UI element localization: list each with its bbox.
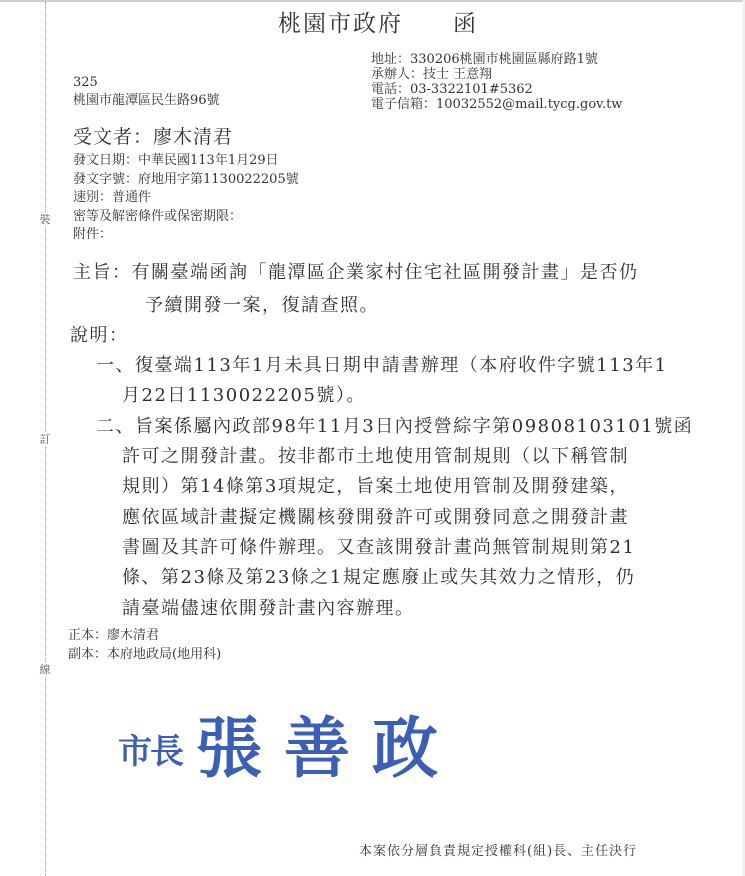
binding-mark-zhuang: 裝 [36, 213, 54, 227]
explanation-line: 請臺端儘速依開發計畫內容辦理。 [122, 594, 415, 620]
phone: 電話：03-3322101#5362 [371, 82, 622, 97]
copy-recipient: 副本：本府地政局(地用科) [68, 645, 221, 664]
document-title: 桃園市政府 函 [278, 5, 478, 38]
distribution-block: 正本：廖木清君 副本：本府地政局(地用科) [68, 626, 221, 664]
sender-address: 地址：330206桃園市桃園區縣府路1號 [371, 52, 622, 67]
delegation-note: 本案依分層負責規定授權科(組)長、主任決行 [359, 840, 637, 859]
email: 電子信箱：10032552@mail.tycg.gov.tw [371, 97, 622, 112]
confidentiality: 密等及解密條件或保密期限： [73, 208, 299, 227]
sender-contact-block: 地址：330206桃園市桃園區縣府路1號 承辦人：技士 王意翔 電話：03-33… [371, 52, 622, 112]
recipient-address-block: 325 桃園市龍潭區民生路96號 [73, 74, 220, 110]
signature-name: 張善政 [196, 709, 460, 787]
attachments: 附件： [73, 226, 299, 245]
handler: 承辦人：技士 王意翔 [371, 67, 622, 82]
delivery-speed: 速別：普通件 [73, 189, 299, 208]
signature-stamp: 市長張善政 [118, 695, 460, 790]
letter-page: 裝 訂 線 桃園市政府 函 地址：330206桃園市桃園區縣府路1號 承辦人：技… [0, 0, 745, 876]
explanation-line: 二、旨案係屬內政部98年11月3日內授營綜字第09808103101號函 [96, 412, 693, 438]
explanation-line: 月22日1130022205號）。 [122, 381, 366, 407]
binding-mark-xian: 線 [36, 663, 54, 677]
explanation-line: 條、第23條及第23條之1規定應廢止或失其效力之情形，仍 [122, 563, 635, 589]
signature-title: 市長 [118, 732, 182, 772]
top-border [0, 0, 745, 2]
explanation-label: 說明： [70, 321, 129, 347]
explanation-line: 書圖及其許可條件辦理。又查該開發計畫尚無管制規則第21 [122, 533, 635, 559]
recipient-street: 桃園市龍潭區民生路96號 [73, 92, 220, 110]
original-recipient: 正本：廖木清君 [68, 626, 221, 645]
subject-line-1: 主旨：有關臺端函詢「龍潭區企業家村住宅社區開發計畫」是否仍 [73, 258, 639, 284]
document-number: 發文字號：府地用字第1130022205號 [73, 171, 299, 190]
explanation-line: 許可之開發計畫。按非都市土地使用管制規則（以下稱管制 [122, 442, 629, 468]
binding-mark-ding: 訂 [36, 433, 54, 447]
explanation-line: 應依區域計畫擬定機關核發開發許可或開發同意之開發計畫 [122, 503, 629, 529]
explanation-line: 一、復臺端113年1月未具日期申請書辦理（本府收件字號113年1 [96, 351, 668, 377]
issue-date: 發文日期：中華民國113年1月29日 [73, 152, 299, 171]
explanation-line: 規則）第14條第3項規定，旨案土地使用管制及開發建築， [122, 472, 629, 498]
postal-code: 325 [73, 74, 220, 92]
subject-line-2: 予續開發一案，復請查照。 [145, 291, 379, 317]
document-meta: 發文日期：中華民國113年1月29日 發文字號：府地用字第1130022205號… [73, 152, 299, 245]
recipient: 受文者：廖木清君 [73, 122, 233, 149]
